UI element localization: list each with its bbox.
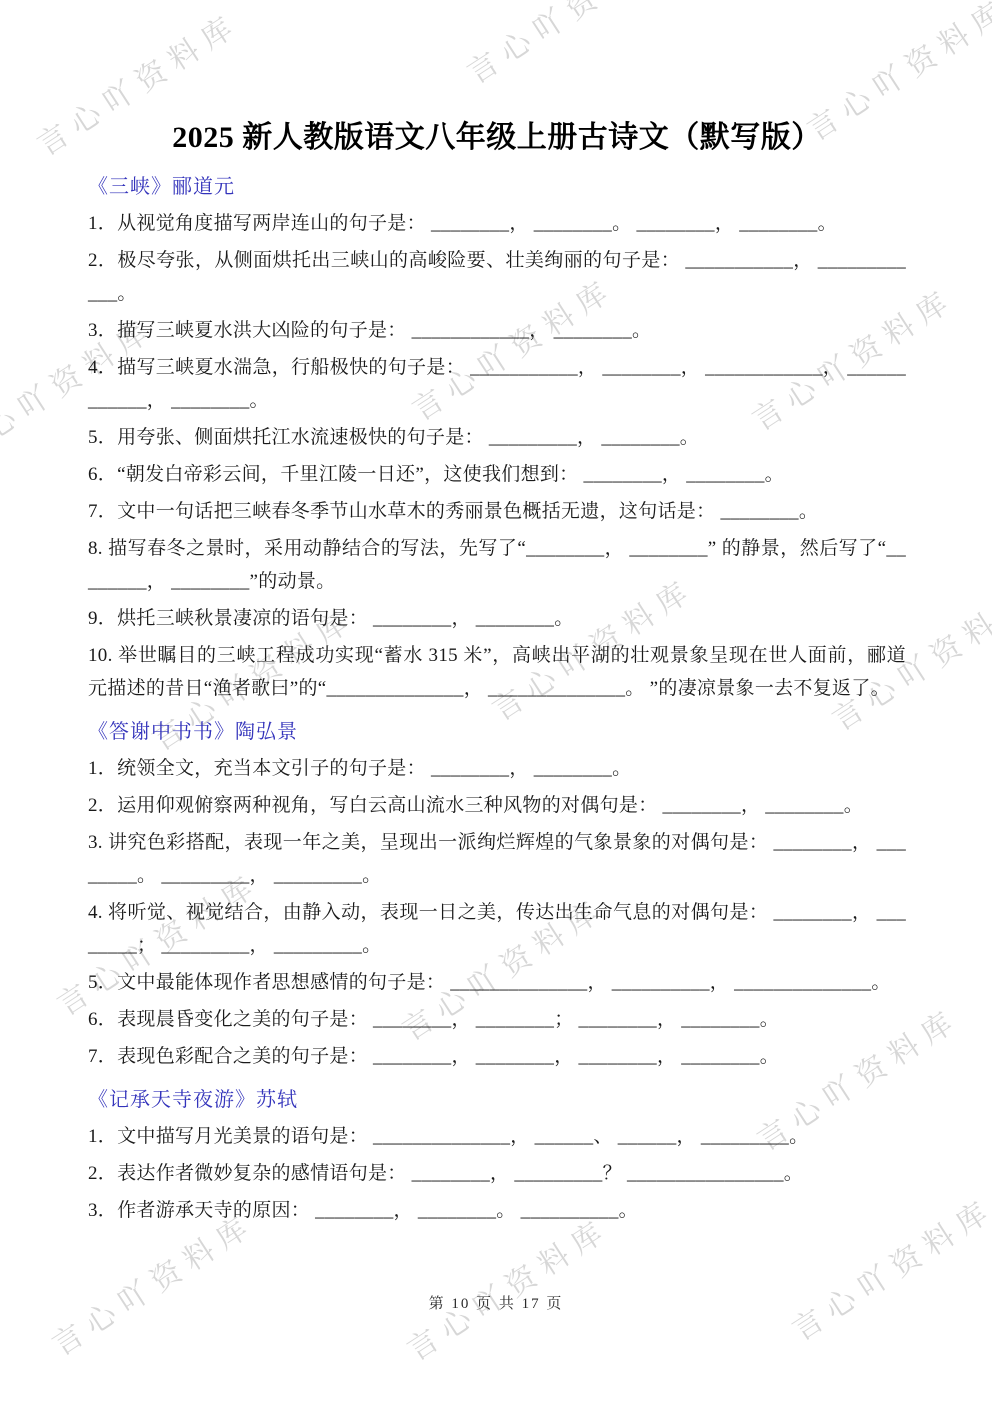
question-item: 3．描写三峡夏水洪大凶险的句子是： ____________， ________… xyxy=(88,314,906,347)
section-heading-sanxia: 《三峡》郦道元 xyxy=(88,172,906,202)
question-item: 6．表现晨昏变化之美的句子是： ________， ________； ____… xyxy=(88,1003,906,1036)
section-heading-daxiezhongshushu: 《答谢中书书》陶弘景 xyxy=(88,717,906,747)
page-title: 2025 新人教版语文八年级上册古诗文（默写版） xyxy=(88,0,906,160)
question-item: 1．文中描写月光美景的语句是： ______________， ______、 … xyxy=(88,1120,906,1153)
question-item: 7．文中一句话把三峡春冬季节山水草木的秀丽景色概括无遗，这句话是： ______… xyxy=(88,495,906,528)
question-item: 1．从视觉角度描写两岸连山的句子是： ________， ________。 _… xyxy=(88,207,906,240)
question-item: 7．表现色彩配合之美的句子是： ________， ________， ____… xyxy=(88,1040,906,1073)
question-item: 3. 讲究色彩搭配，表现一年之美，呈现出一派绚烂辉煌的气象景象的对偶句是： __… xyxy=(88,826,906,892)
question-item: 2．极尽夸张，从侧面烘托出三峡山的高峻险要、壮美绚丽的句子是： ________… xyxy=(88,244,906,310)
question-item: 5．文中最能体现作者思想感情的句子是： ______________， ____… xyxy=(88,966,906,999)
question-item: 2．运用仰观俯察两种视角，写白云高山流水三种风物的对偶句是： ________，… xyxy=(88,789,906,822)
question-item: 1．统领全文，充当本文引子的句子是： ________， ________。 xyxy=(88,752,906,785)
question-item: 6．“朝发白帝彩云间，千里江陵一日还”，这使我们想到： ________， __… xyxy=(88,458,906,491)
question-item: 2．表达作者微妙复杂的感情语句是： ________， _________？ _… xyxy=(88,1157,906,1190)
question-item: 3．作者游承天寺的原因： ________， ________。 _______… xyxy=(88,1194,906,1227)
section-heading-jichengtiansiyeyou: 《记承天寺夜游》苏轼 xyxy=(88,1085,906,1115)
question-item: 10. 举世瞩目的三峡工程成功实现“蓄水 315 米”，高峡出平湖的壮观景象呈现… xyxy=(88,639,906,705)
question-item: 4．描写三峡夏水湍急，行船极快的句子是： ___________， ______… xyxy=(88,351,906,417)
page-footer: 第 10 页 共 17 页 xyxy=(0,1292,992,1313)
document-body: 2025 新人教版语文八年级上册古诗文（默写版） 《三峡》郦道元 1．从视觉角度… xyxy=(88,0,906,1231)
document-page: { "colors": { "heading_accent": "#3333bb… xyxy=(0,0,992,1403)
question-item: 5．用夸张、侧面烘托江水流速极快的句子是： _________， _______… xyxy=(88,421,906,454)
question-item: 4. 将听觉、视觉结合，由静入动，表现一日之美，传达出生命气息的对偶句是： __… xyxy=(88,896,906,962)
question-item: 9．烘托三峡秋景凄凉的语句是： ________， ________。 xyxy=(88,602,906,635)
question-item: 8. 描写春冬之景时，采用动静结合的写法，先写了“________， _____… xyxy=(88,532,906,598)
